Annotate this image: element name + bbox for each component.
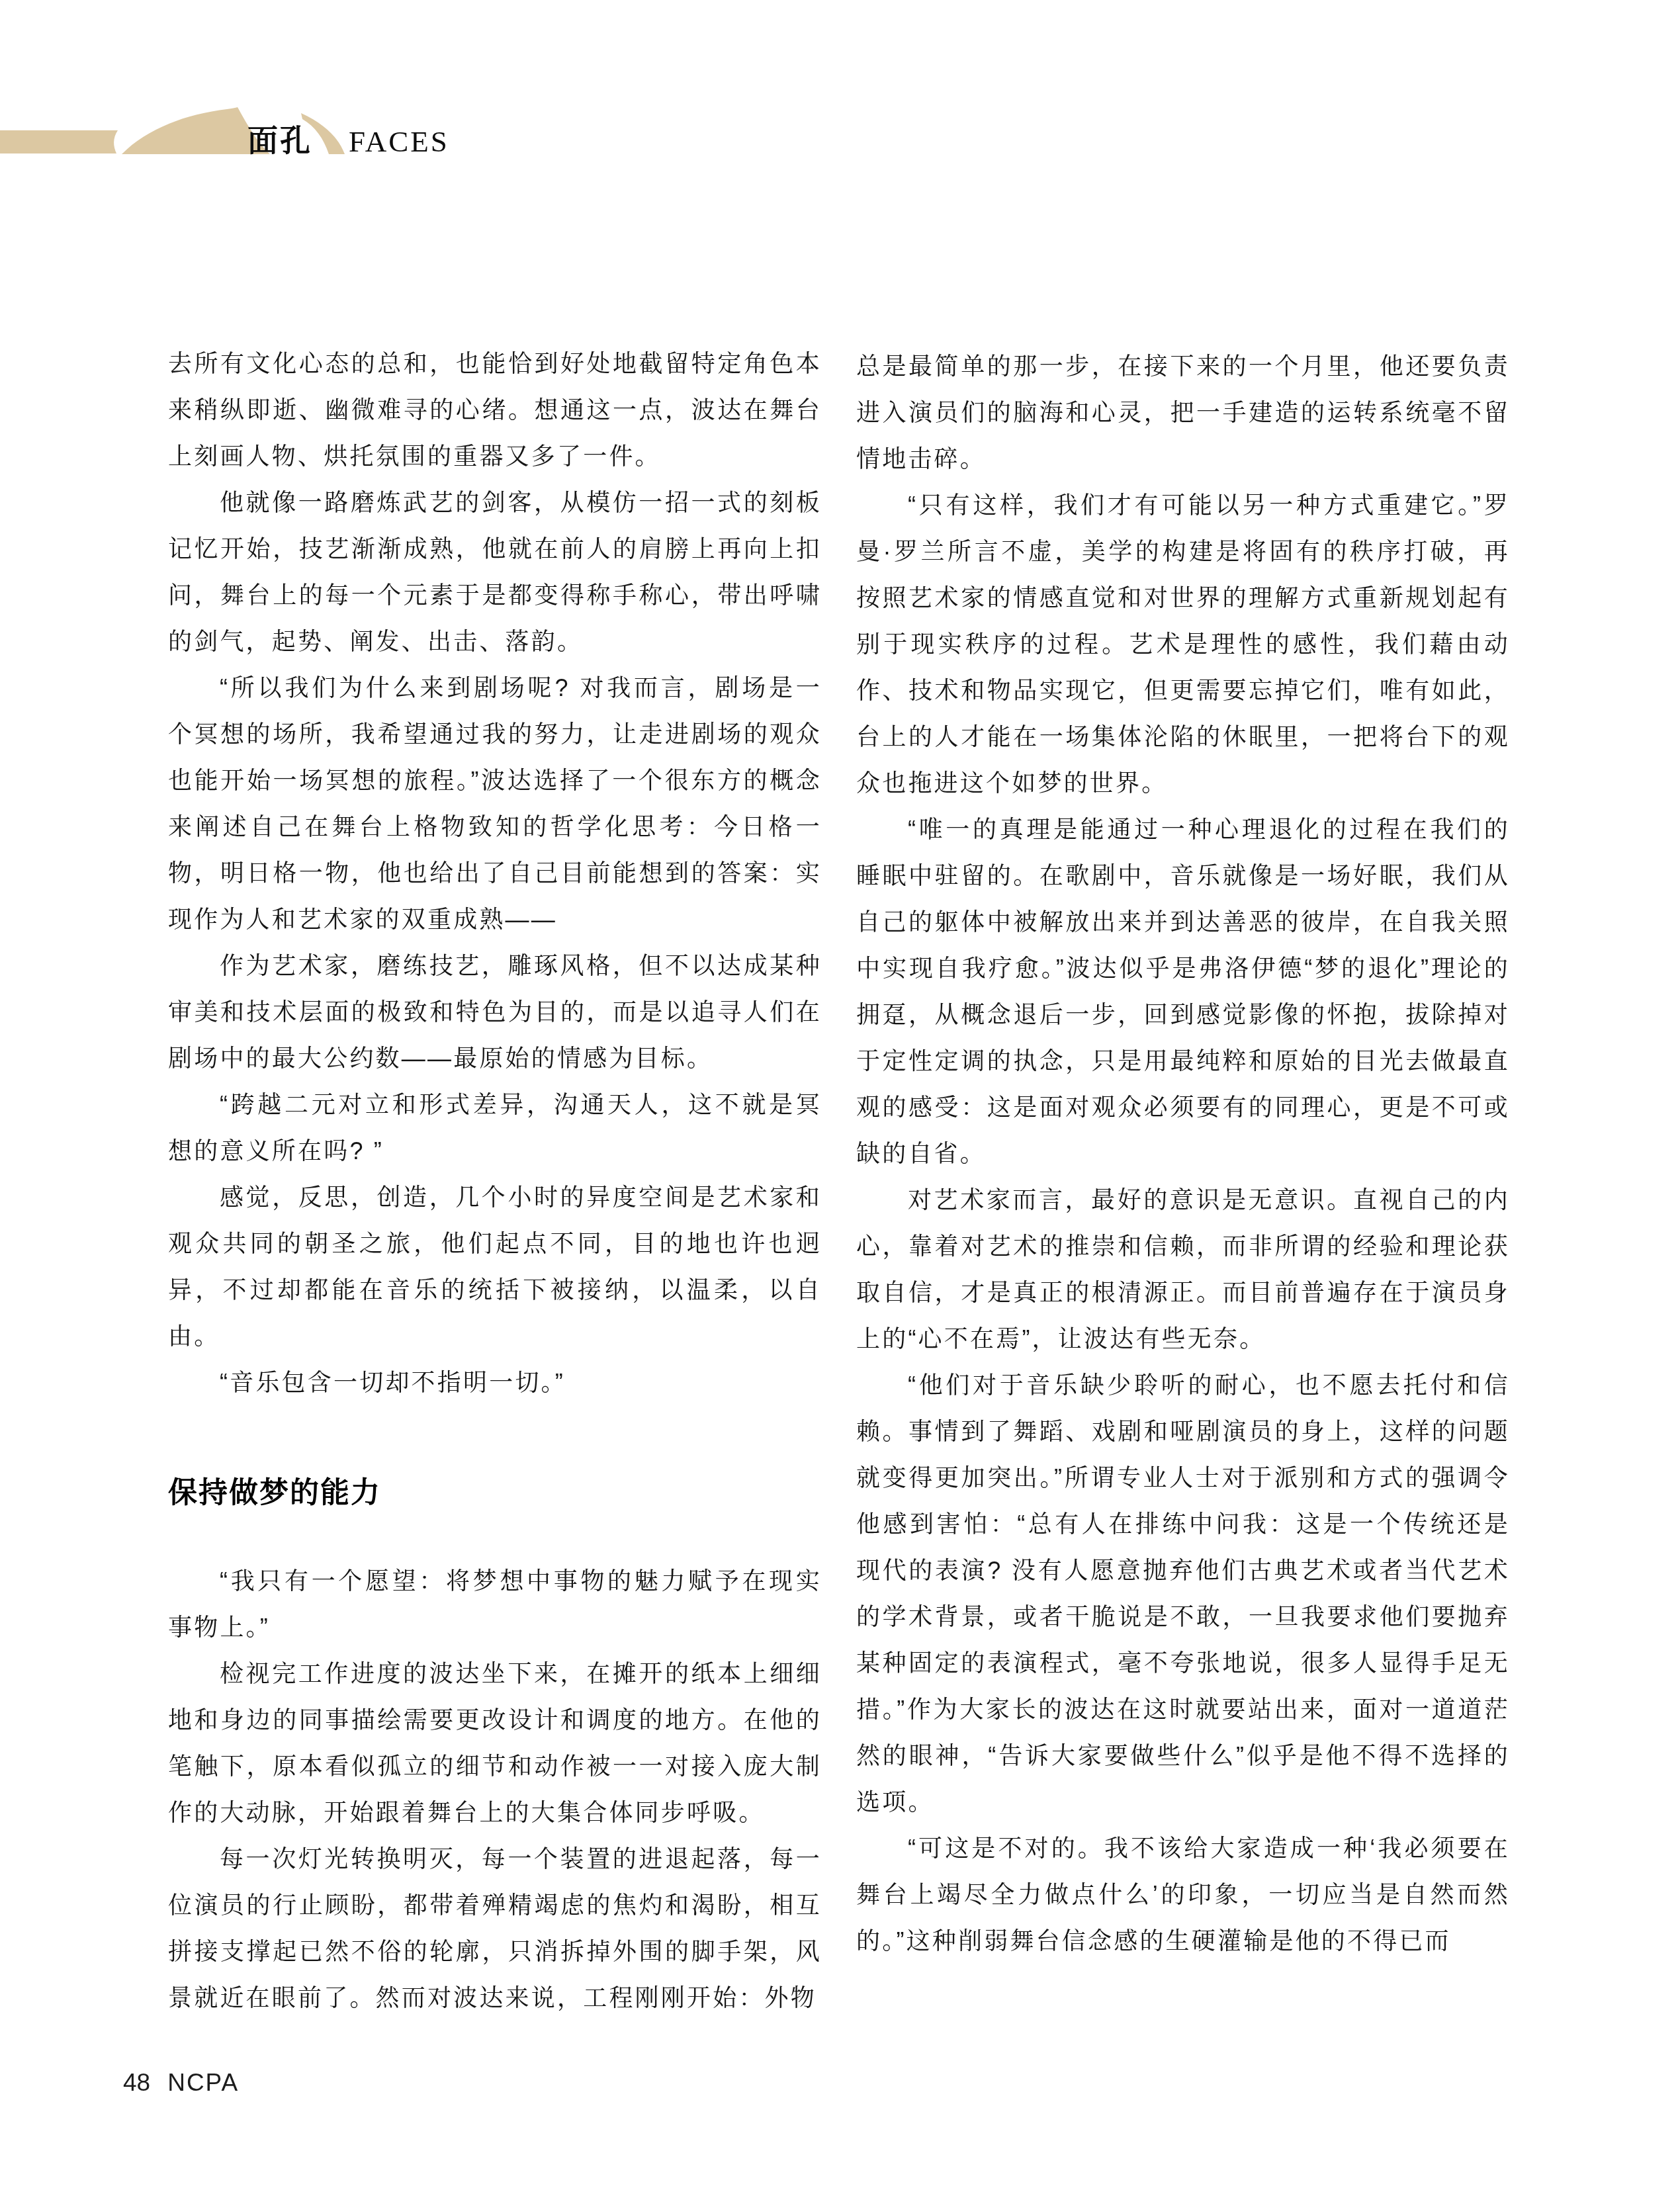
- page-number: 48: [123, 2069, 150, 2096]
- section-title-english: FACES: [349, 127, 449, 157]
- body-paragraph: 感觉，反思，创造，几个小时的异度空间是艺术家和观众共同的朝圣之旅，他们起点不同，…: [168, 1174, 822, 1360]
- right-column: 总是最简单的那一步，在接下来的一个月里，他还要负责进入演员们的脑海和心灵，把一手…: [856, 343, 1510, 1964]
- magazine-page: 面孔 FACES 去所有文化心态的总和，也能恰到好处地截留特定角色本来稍纵即逝、…: [0, 0, 1680, 2188]
- body-paragraph: 作为艺术家，磨练技艺，雕琢风格，但不以达成某种审美和技术层面的极致和特色为目的，…: [168, 943, 822, 1082]
- body-paragraph: 他就像一路磨炼武艺的剑客，从模仿一招一式的刻板记忆开始，技艺渐渐成熟，他就在前人…: [168, 480, 822, 665]
- body-paragraph: “我只有一个愿望：将梦想中事物的魅力赋予在现实事物上。”: [168, 1558, 822, 1651]
- left-column: 去所有文化心态的总和，也能恰到好处地截留特定角色本来稍纵即逝、幽微难寻的心绪。想…: [168, 341, 822, 2021]
- body-paragraph: “所以我们为什么来到剧场呢? 对我而言，剧场是一个冥想的场所，我希望通过我的努力…: [168, 665, 822, 943]
- body-paragraph: 检视完工作进度的波达坐下来，在摊开的纸本上细细地和身边的同事描绘需要更改设计和调…: [168, 1651, 822, 1836]
- body-paragraph: 对艺术家而言，最好的意识是无意识。直视自己的内心，靠着对艺术的推崇和信赖，而非所…: [856, 1177, 1510, 1362]
- brand: NCPA: [167, 2069, 239, 2096]
- body-paragraph: 去所有文化心态的总和，也能恰到好处地截留特定角色本来稍纵即逝、幽微难寻的心绪。想…: [168, 341, 822, 480]
- section-title-chinese: 面孔: [247, 125, 312, 155]
- section-heading: 保持做梦的能力: [168, 1479, 822, 1508]
- body-paragraph: “唯一的真理是能通过一种心理退化的过程在我们的睡眠中驻留的。在歌剧中，音乐就像是…: [856, 807, 1510, 1177]
- body-paragraph: “可这是不对的。我不该给大家造成一种‘我必须要在舞台上竭尽全力做点什么’的印象，…: [856, 1825, 1510, 1964]
- swoosh-bar-shape: [0, 130, 118, 153]
- body-paragraph: “音乐包含一切却不指明一切。”: [168, 1360, 822, 1406]
- body-paragraph: “只有这样，我们才有可能以另一种方式重建它。”罗曼·罗兰所言不虚，美学的构建是将…: [856, 482, 1510, 807]
- body-paragraph: 每一次灯光转换明灭，每一个装置的进退起落，每一位演员的行止顾盼，都带着殚精竭虑的…: [168, 1836, 822, 2021]
- body-paragraph: “跨越二元对立和形式差异，沟通天人，这不就是冥想的意义所在吗? ”: [168, 1082, 822, 1174]
- body-paragraph: 总是最简单的那一步，在接下来的一个月里，他还要负责进入演员们的脑海和心灵，把一手…: [856, 343, 1510, 482]
- body-paragraph: “他们对于音乐缺少聆听的耐心，也不愿去托付和信赖。事情到了舞蹈、戏剧和哑剧演员的…: [856, 1362, 1510, 1825]
- page-footer: 48NCPA: [123, 2068, 239, 2097]
